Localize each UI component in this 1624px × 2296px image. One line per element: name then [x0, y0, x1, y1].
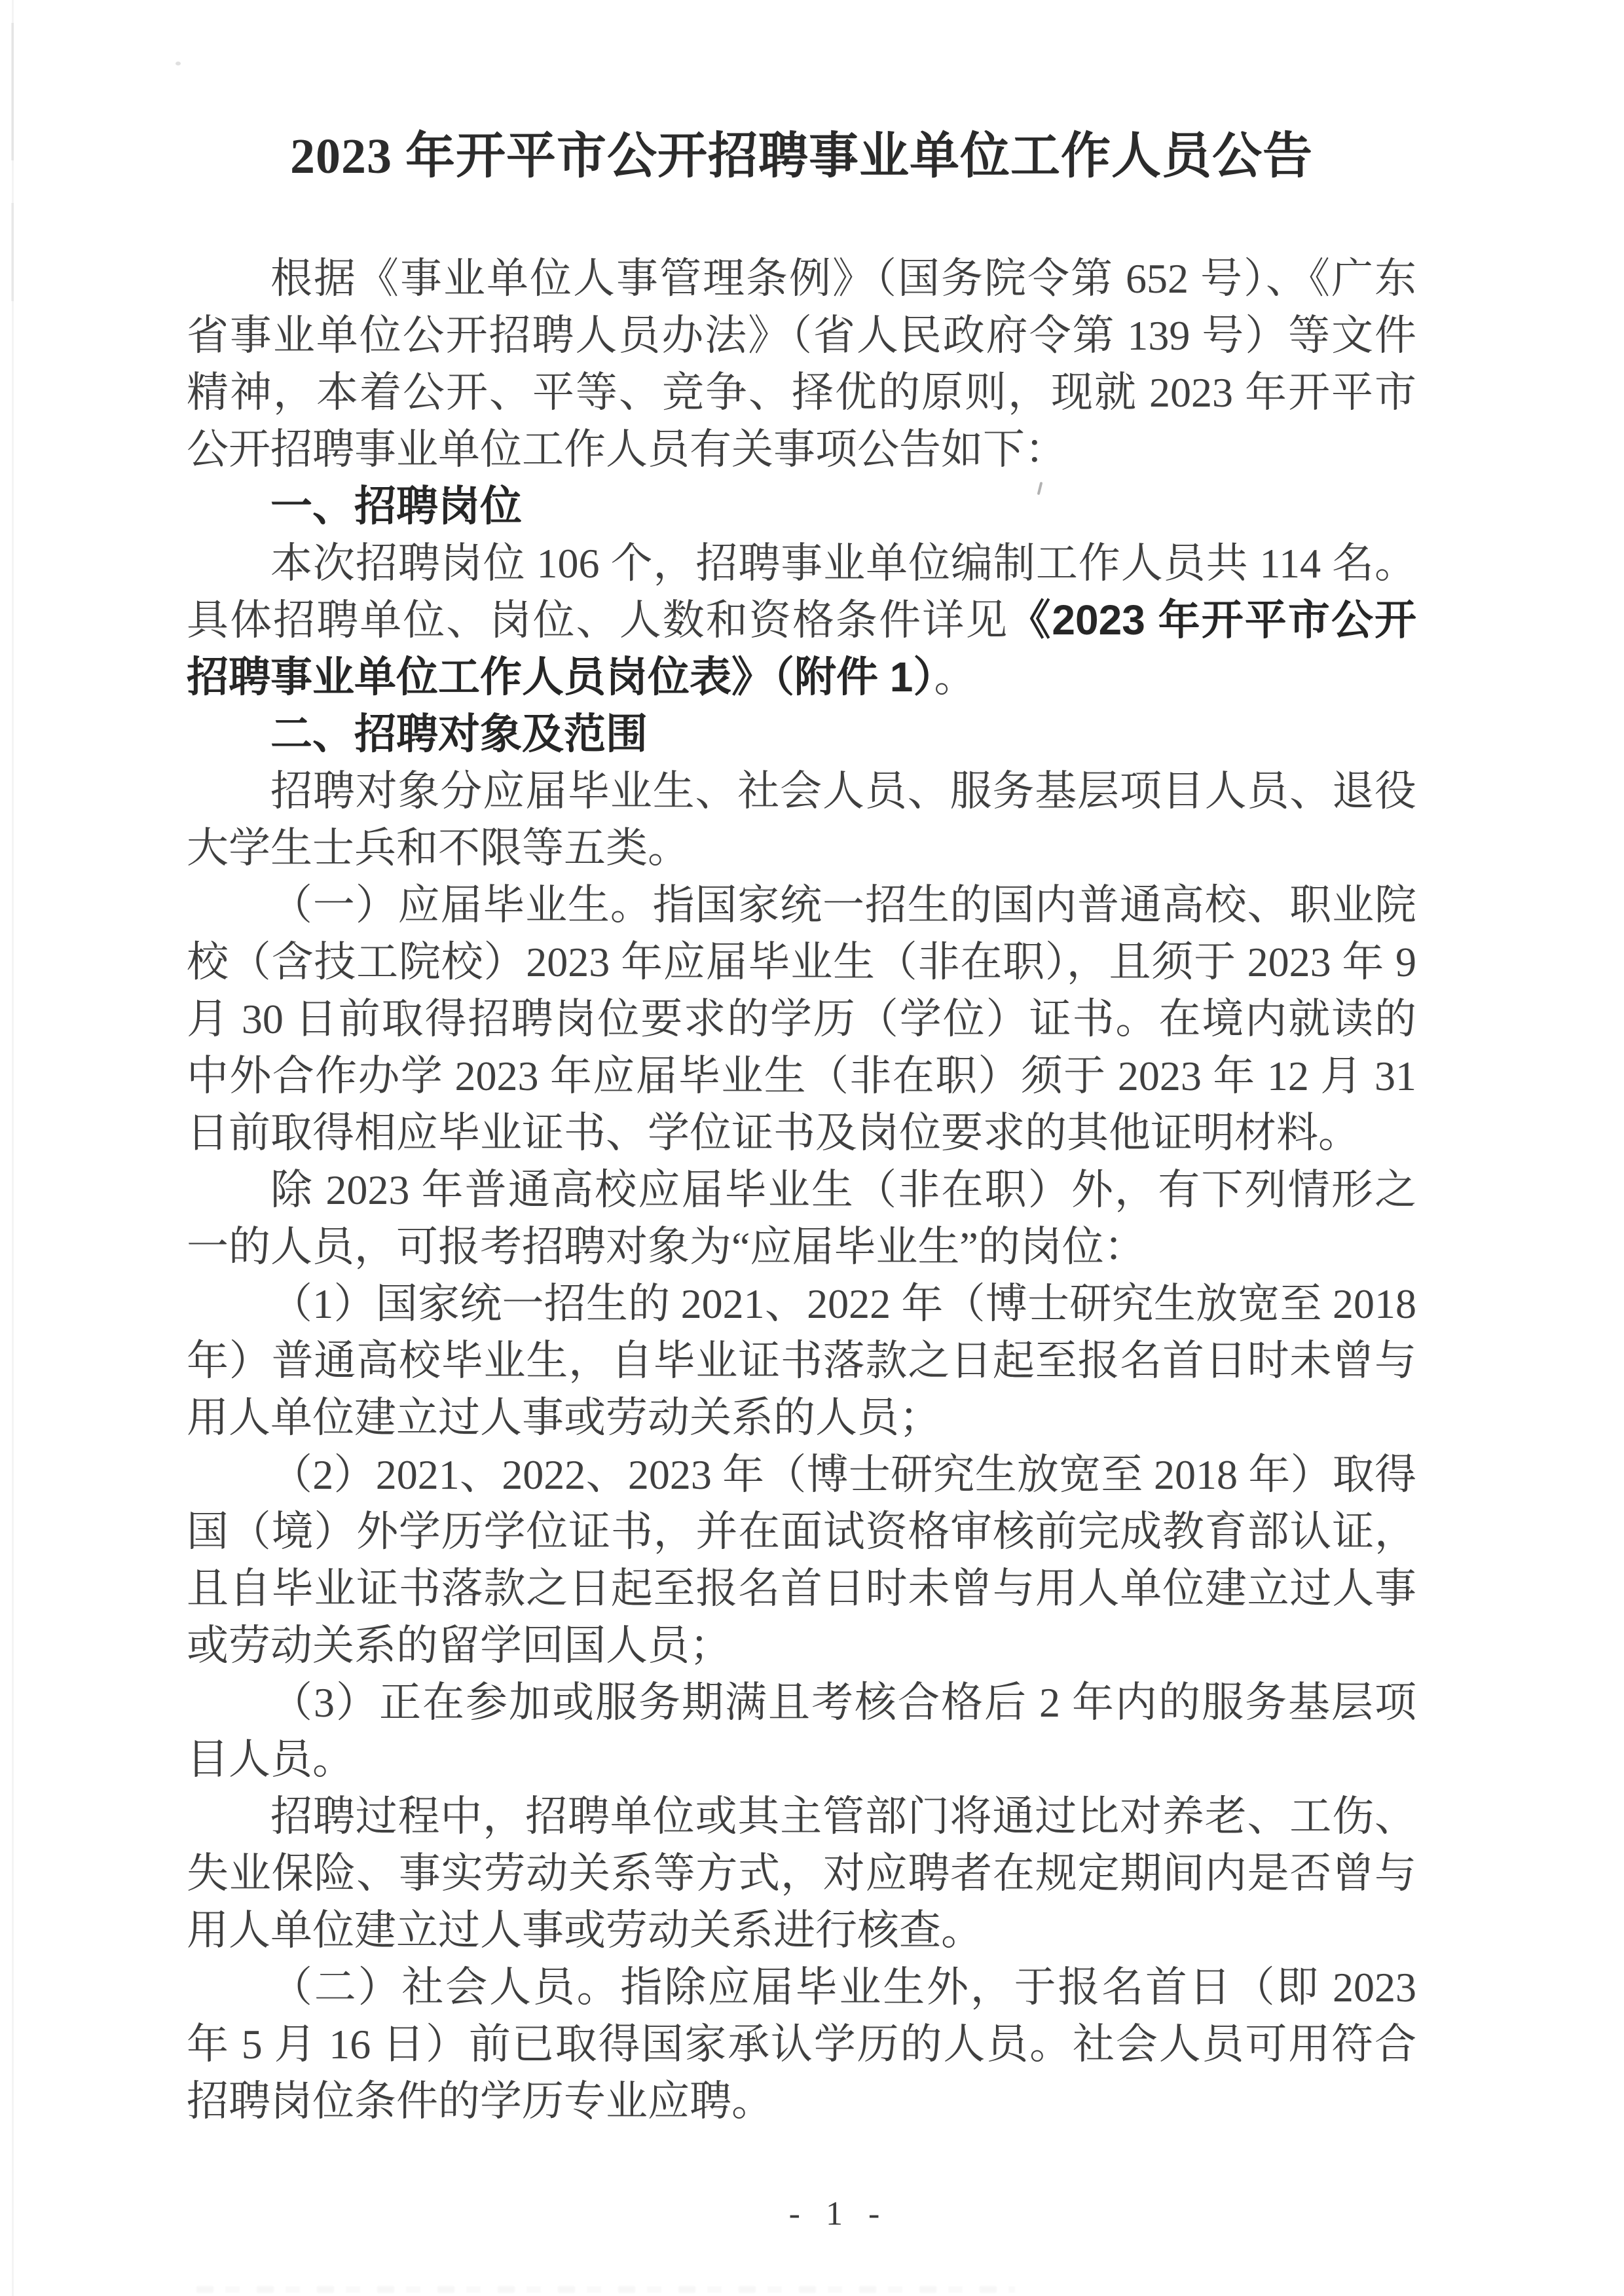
paragraph-verification: 招聘过程中，招聘单位或其主管部门将通过比对养老、工伤、失业保险、事实劳动关系等方… [187, 1788, 1416, 1959]
paragraph-item-1: （1）国家统一招生的 2021、2022 年（博士研究生放宽至 2018 年）普… [187, 1275, 1416, 1446]
paragraph-target-categories: 招聘对象分应届毕业生、社会人员、服务基层项目人员、退役大学生士兵和不限等五类。 [187, 763, 1416, 877]
section-heading-recruitment-positions: 一、招聘岗位 [187, 478, 1416, 535]
scan-edge-artifact [12, 0, 14, 2296]
scanned-document-page: 2023 年开平市公开招聘事业单位工作人员公告 根据《事业单位人事管理条例》（国… [0, 0, 1624, 2296]
scan-edge-artifact [11, 23, 14, 160]
paragraph-social-personnel: （二）社会人员。指除应届毕业生外，于报名首日（即 2023 年 5 月 16 日… [187, 1959, 1416, 2130]
paragraph-legal-basis: 根据《事业单位人事管理条例》（国务院令第 652 号）、《广东省事业单位公开招聘… [187, 250, 1416, 478]
document-title: 2023 年开平市公开招聘事业单位工作人员公告 [187, 123, 1416, 190]
paragraph-exception-intro: 除 2023 年普通高校应届毕业生（非在职）外，有下列情形之一的人员，可报考招聘… [187, 1161, 1416, 1275]
section-heading-target-scope: 二、招聘对象及范围 [187, 706, 1416, 763]
page-bleedthrough-artifact [196, 2286, 1015, 2293]
paragraph-item-3: （3）正在参加或服务期满且考核合格后 2 年内的服务基层项目人员。 [187, 1674, 1416, 1788]
paragraph-text: 。 [934, 654, 976, 701]
paragraph-fresh-graduates: （一）应届毕业生。指国家统一招生的国内普通高校、职业院校（含技工院校）2023 … [187, 877, 1416, 1161]
page-number: - 1 - [0, 2195, 1624, 2233]
scan-speck [175, 62, 181, 65]
paragraph-item-2: （2）2021、2022、2023 年（博士研究生放宽至 2018 年）取得国（… [187, 1446, 1416, 1674]
paragraph-positions-count: 本次招聘岗位 106 个，招聘事业单位编制工作人员共 114 名。具体招聘单位、… [187, 535, 1416, 706]
scan-edge-artifact [11, 203, 14, 301]
document-body: 2023 年开平市公开招聘事业单位工作人员公告 根据《事业单位人事管理条例》（国… [187, 123, 1416, 2130]
